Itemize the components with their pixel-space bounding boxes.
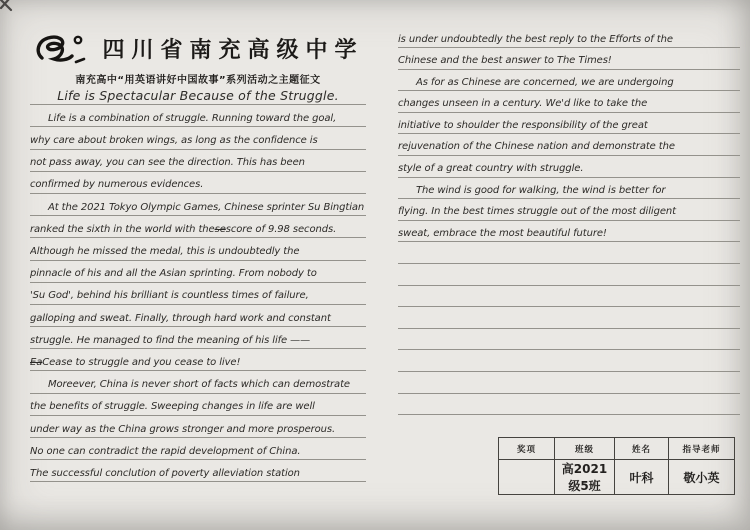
- text-line: style of a great country with struggle.: [398, 156, 740, 178]
- essay-title-line: Life is Spectacular Because of the Strug…: [30, 83, 366, 105]
- text-line: The successful conclution of poverty all…: [30, 460, 366, 482]
- school-logo-icon: [32, 31, 90, 65]
- value-name: 叶科: [615, 460, 669, 495]
- info-table-header-row: 奖项 班级 姓名 指导老师: [499, 438, 735, 460]
- blank-ruled-line: [398, 264, 740, 286]
- text-line: pinnacle of his and all the Asian sprint…: [30, 261, 366, 283]
- text-line: initiative to shoulder the responsibilit…: [398, 113, 740, 135]
- text-line: Life is a combination of struggle. Runni…: [30, 105, 366, 127]
- value-award: [499, 460, 555, 495]
- text-line: No one can contradict the rapid developm…: [30, 438, 366, 460]
- blank-ruled-line: [398, 350, 740, 372]
- text-line: As for as Chinese are concerned, we are …: [398, 70, 740, 92]
- text-line: struggle. He managed to find the meaning…: [30, 327, 366, 349]
- left-page: 四川省南充高级中学 南充高中“用英语讲好中国故事”系列活动之主题征文 Life …: [30, 28, 366, 482]
- header-teacher: 指导老师: [669, 438, 735, 460]
- essay-title: Life is Spectacular Because of the Strug…: [57, 89, 339, 102]
- left-page-lines: Life is Spectacular Because of the Strug…: [30, 83, 366, 482]
- struck-word: Ea: [30, 358, 42, 369]
- blank-ruled-line: [398, 286, 740, 308]
- value-teacher: 敬小英: [669, 460, 735, 495]
- text-line: the benefits of struggle. Sweeping chang…: [30, 394, 366, 416]
- header-name: 姓名: [615, 438, 669, 460]
- blank-ruled-line: [398, 394, 740, 416]
- text-line: is under undoubtedly the best reply to t…: [398, 28, 740, 48]
- text-line: under way as the China grows stronger an…: [30, 416, 366, 438]
- header-award: 奖项: [499, 438, 555, 460]
- text-line: rejuvenation of the Chinese nation and d…: [398, 134, 740, 156]
- value-class: 高2021级5班: [555, 460, 615, 495]
- scanned-essay-document: 四川省南充高级中学 南充高中“用英语讲好中国故事”系列活动之主题征文 Life …: [0, 0, 750, 530]
- text-line: Although he missed the medal, this is un…: [30, 238, 366, 260]
- blank-ruled-line: [398, 242, 740, 264]
- text-line: sweat, embrace the most beautiful future…: [398, 221, 740, 243]
- pen-mark: [0, 0, 19, 16]
- text-line-with-strikethrough: Ea Cease to struggle and you cease to li…: [30, 349, 366, 371]
- header-class: 班级: [555, 438, 615, 460]
- text-line: flying. In the best times struggle out o…: [398, 199, 740, 221]
- text-line: changes unseen in a century. We'd like t…: [398, 91, 740, 113]
- right-page-lines: is under undoubtedly the best reply to t…: [398, 28, 740, 415]
- blank-ruled-line: [398, 372, 740, 394]
- text-line-with-strikethrough: ranked the sixth in the world with the s…: [30, 216, 366, 238]
- struck-word: se: [215, 225, 226, 236]
- school-name: 四川省南充高级中学: [102, 33, 363, 64]
- right-page: is under undoubtedly the best reply to t…: [398, 28, 740, 415]
- text-line: confirmed by numerous evidences.: [30, 172, 366, 194]
- info-table-value-row: 高2021级5班 叶科 敬小英: [499, 460, 735, 495]
- text-line: why care about broken wings, as long as …: [30, 127, 366, 149]
- text-line: 'Su God', behind his brilliant is countl…: [30, 283, 366, 305]
- text-line: The wind is good for walking, the wind i…: [398, 178, 740, 200]
- blank-ruled-line: [398, 307, 740, 329]
- student-info-table: 奖项 班级 姓名 指导老师 高2021级5班 叶科 敬小英: [498, 437, 735, 495]
- text-line: At the 2021 Tokyo Olympic Games, Chinese…: [30, 194, 366, 216]
- text-line: Chinese and the best answer to The Times…: [398, 48, 740, 70]
- text-line: not pass away, you can see the direction…: [30, 150, 366, 172]
- blank-ruled-line: [398, 329, 740, 351]
- text-line: Moreever, China is never short of facts …: [30, 371, 366, 393]
- text-line: galloping and sweat. Finally, through ha…: [30, 305, 366, 327]
- activity-subtitle: 南充高中“用英语讲好中国故事”系列活动之主题征文: [30, 71, 366, 83]
- school-header: 四川省南充高级中学: [30, 30, 366, 66]
